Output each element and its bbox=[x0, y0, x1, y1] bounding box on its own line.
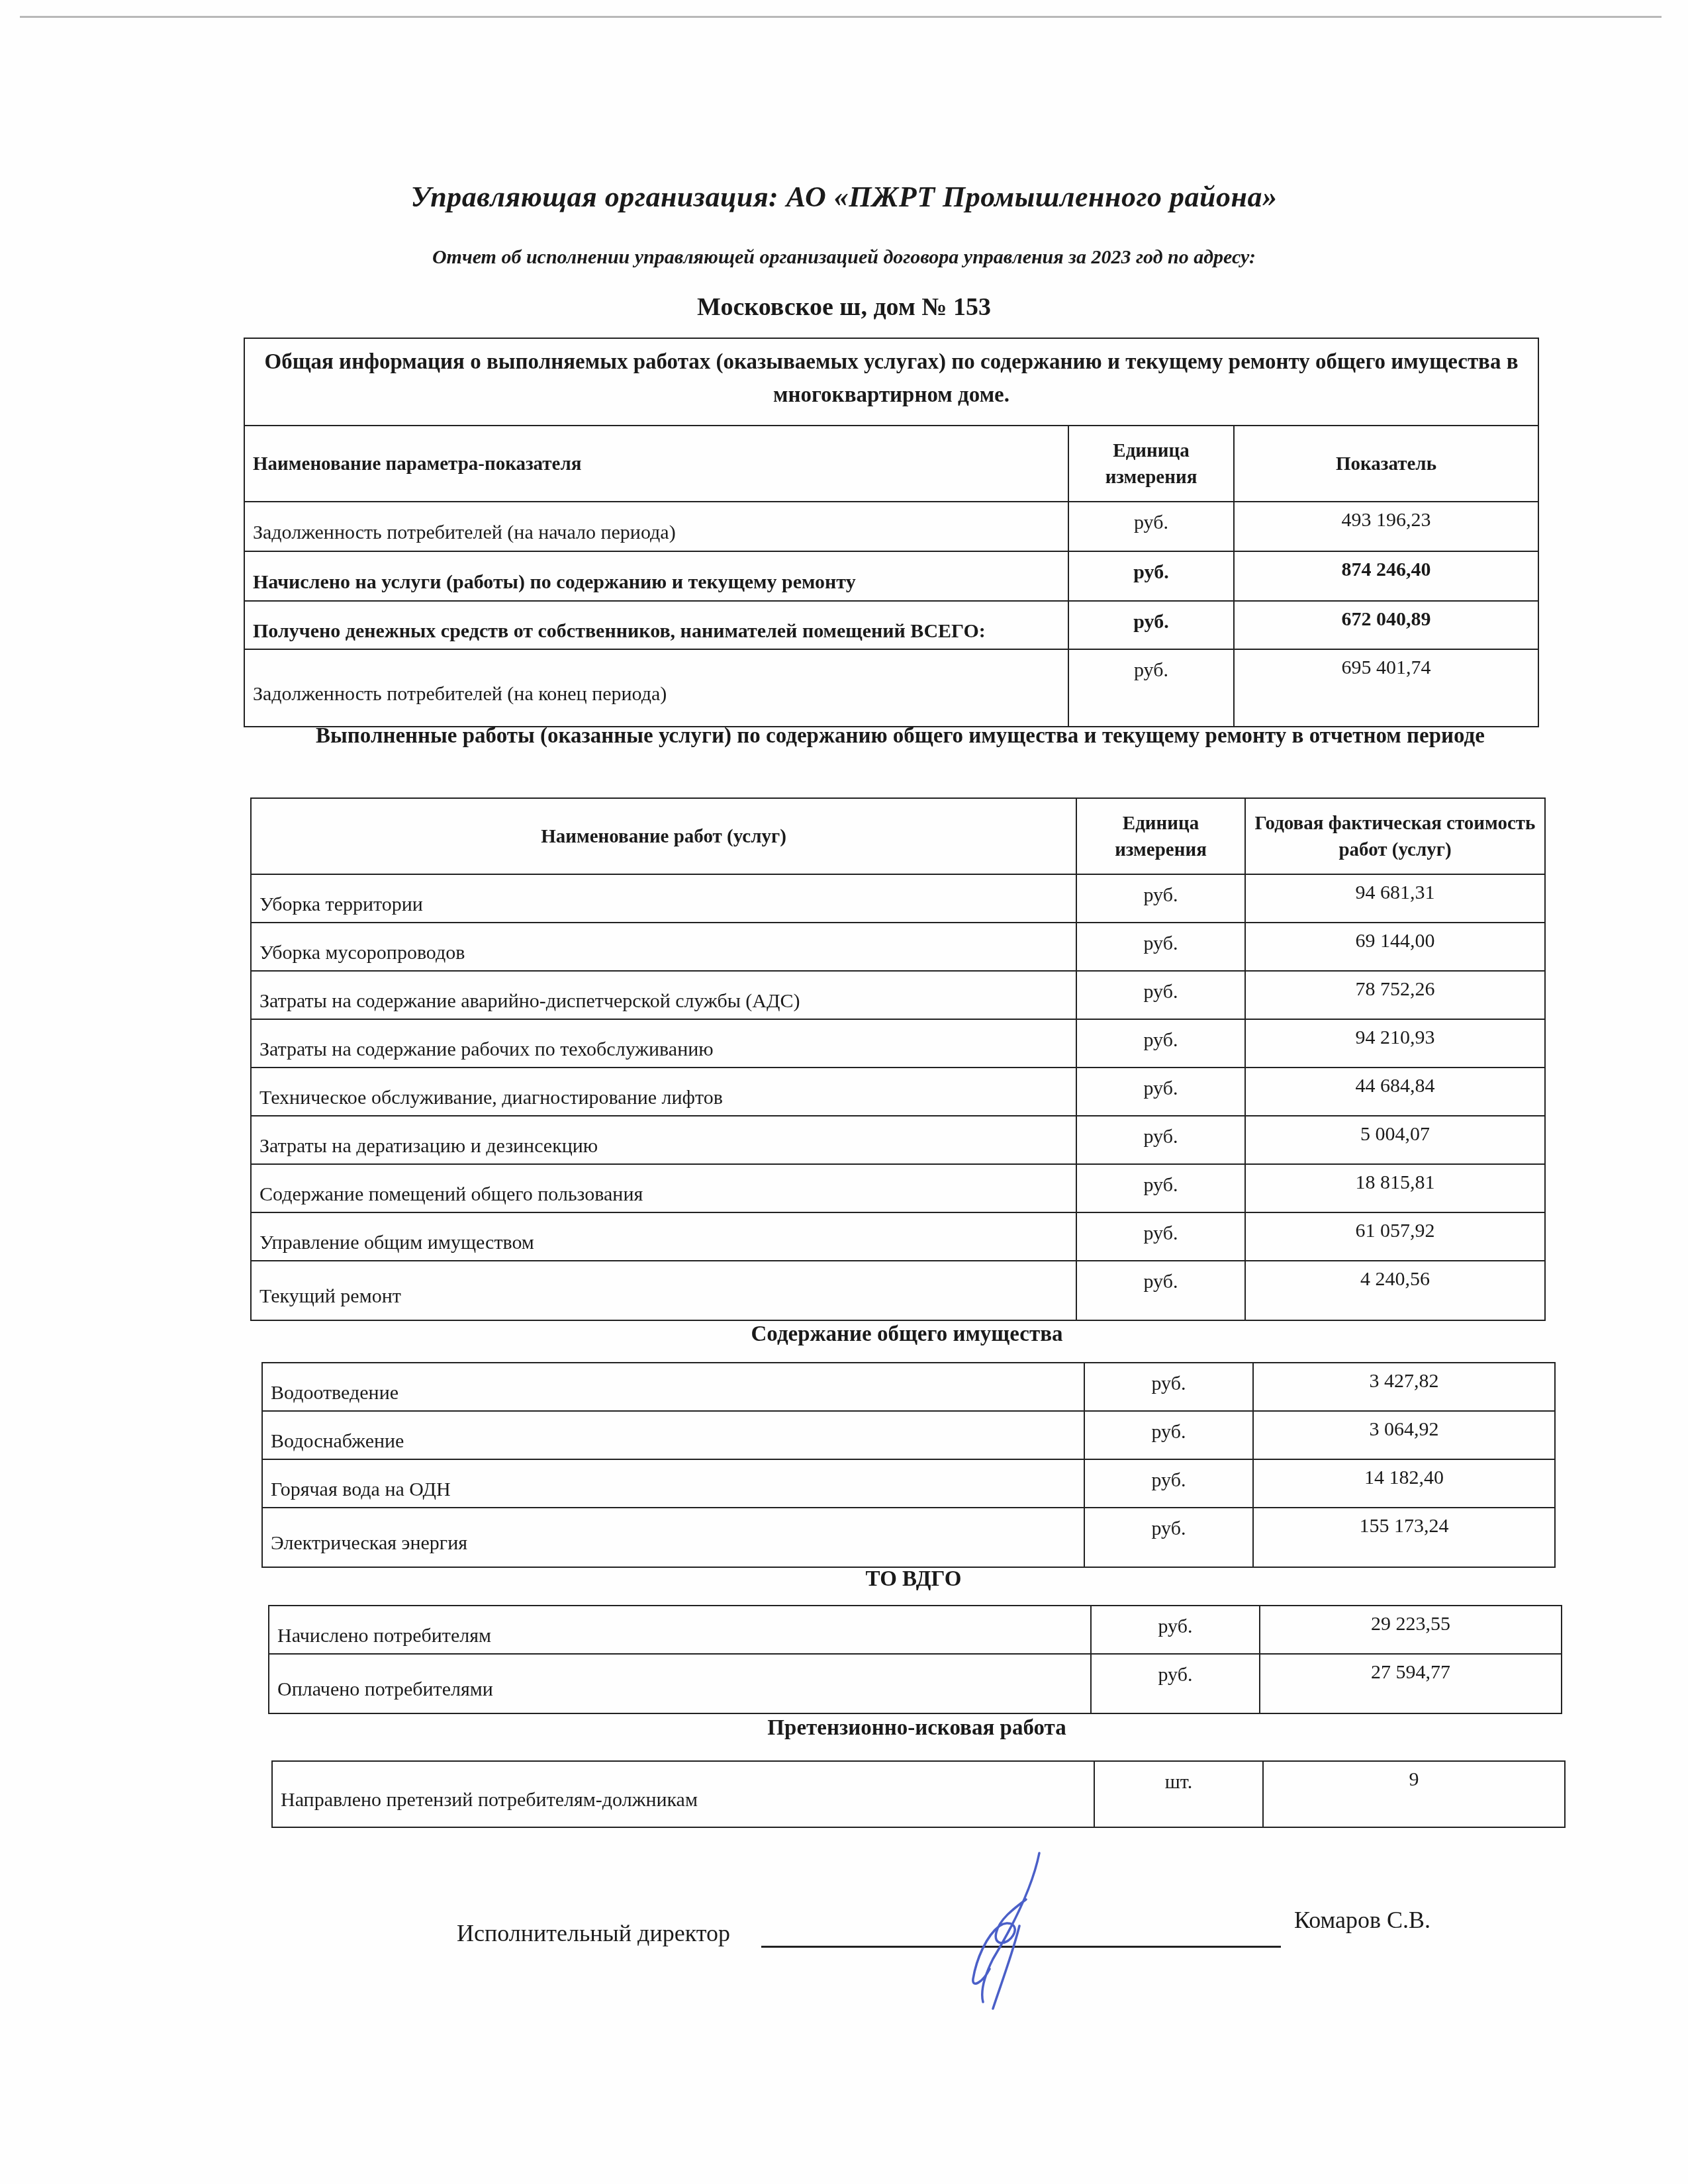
handwritten-signature-icon bbox=[920, 1846, 1092, 2012]
table-row: Горячая вода на ОДНруб.14 182,40 bbox=[262, 1459, 1555, 1508]
table-row: Содержание помещений общего пользованияр… bbox=[251, 1164, 1545, 1212]
table-row: Водоотведениеруб.3 427,82 bbox=[262, 1363, 1555, 1411]
table-row: Уборка территориируб.94 681,31 bbox=[251, 874, 1545, 923]
table-row: Затраты на дератизацию и дезинсекциюруб.… bbox=[251, 1116, 1545, 1164]
table-row: Начислено на услуги (работы) по содержан… bbox=[244, 551, 1538, 601]
column-header-work-name: Наименование работ (услуг) bbox=[251, 798, 1076, 874]
table-row: Задолженность потребителей (на конец пер… bbox=[244, 649, 1538, 727]
table-row: Получено денежных средств от собственник… bbox=[244, 601, 1538, 649]
table-row: Техническое обслуживание, диагностирован… bbox=[251, 1068, 1545, 1116]
vdgo-table: Начислено потребителямруб.29 223,55 Опла… bbox=[268, 1605, 1562, 1714]
signer-position: Исполнительный директор bbox=[457, 1919, 730, 1947]
column-header-annual-cost: Годовая фактическая стоимость работ (усл… bbox=[1245, 798, 1545, 874]
table-row: Направлено претензий потребителям-должни… bbox=[272, 1761, 1565, 1827]
general-info-table: Общая информация о выполняемых работах (… bbox=[244, 338, 1539, 727]
vdgo-section-title: ТО ВДГО bbox=[265, 1562, 1562, 1596]
organization-title: Управляющая организация: АО «ПЖРТ Промыш… bbox=[0, 180, 1688, 214]
scan-border-line bbox=[20, 16, 1662, 18]
column-header-unit: Единица измерения bbox=[1076, 798, 1245, 874]
table-row: Уборка мусоропроводовруб.69 144,00 bbox=[251, 923, 1545, 971]
report-subtitle: Отчет об исполнении управляющей организа… bbox=[0, 246, 1688, 269]
table-row: Затраты на содержание аварийно-диспетчер… bbox=[251, 971, 1545, 1019]
table-row: Водоснабжениеруб.3 064,92 bbox=[262, 1411, 1555, 1459]
column-header-unit: Единица измерения bbox=[1068, 426, 1234, 502]
signatory-name: Комаров С.В. bbox=[1294, 1906, 1430, 1934]
table-row: Начислено потребителямруб.29 223,55 bbox=[269, 1606, 1562, 1654]
column-header-value: Показатель bbox=[1234, 426, 1538, 502]
table-row: Управление общим имуществомруб.61 057,92 bbox=[251, 1212, 1545, 1261]
building-address: Московское ш, дом № 153 bbox=[0, 293, 1688, 322]
table-row: Текущий ремонтруб.4 240,56 bbox=[251, 1261, 1545, 1320]
table-row: Оплачено потребителямируб.27 594,77 bbox=[269, 1654, 1562, 1713]
table-row: Затраты на содержание рабочих по техобсл… bbox=[251, 1019, 1545, 1068]
works-section-title: Выполненные работы (оказанные услуги) по… bbox=[278, 719, 1523, 753]
common-property-section-title: Содержание общего имущества bbox=[258, 1317, 1556, 1351]
claims-section-title: Претензионно-исковая работа bbox=[268, 1711, 1566, 1745]
general-info-section-title: Общая информация о выполняемых работах (… bbox=[244, 338, 1538, 426]
table-row: Задолженность потребителей (на начало пе… bbox=[244, 502, 1538, 551]
table-row: Электрическая энергияруб.155 173,24 bbox=[262, 1508, 1555, 1567]
common-property-table: Водоотведениеруб.3 427,82 Водоснабжениер… bbox=[261, 1362, 1556, 1568]
claims-table: Направлено претензий потребителям-должни… bbox=[271, 1760, 1566, 1828]
column-header-parameter: Наименование параметра-показателя bbox=[244, 426, 1068, 502]
works-table: Наименование работ (услуг) Единица измер… bbox=[250, 797, 1546, 1321]
